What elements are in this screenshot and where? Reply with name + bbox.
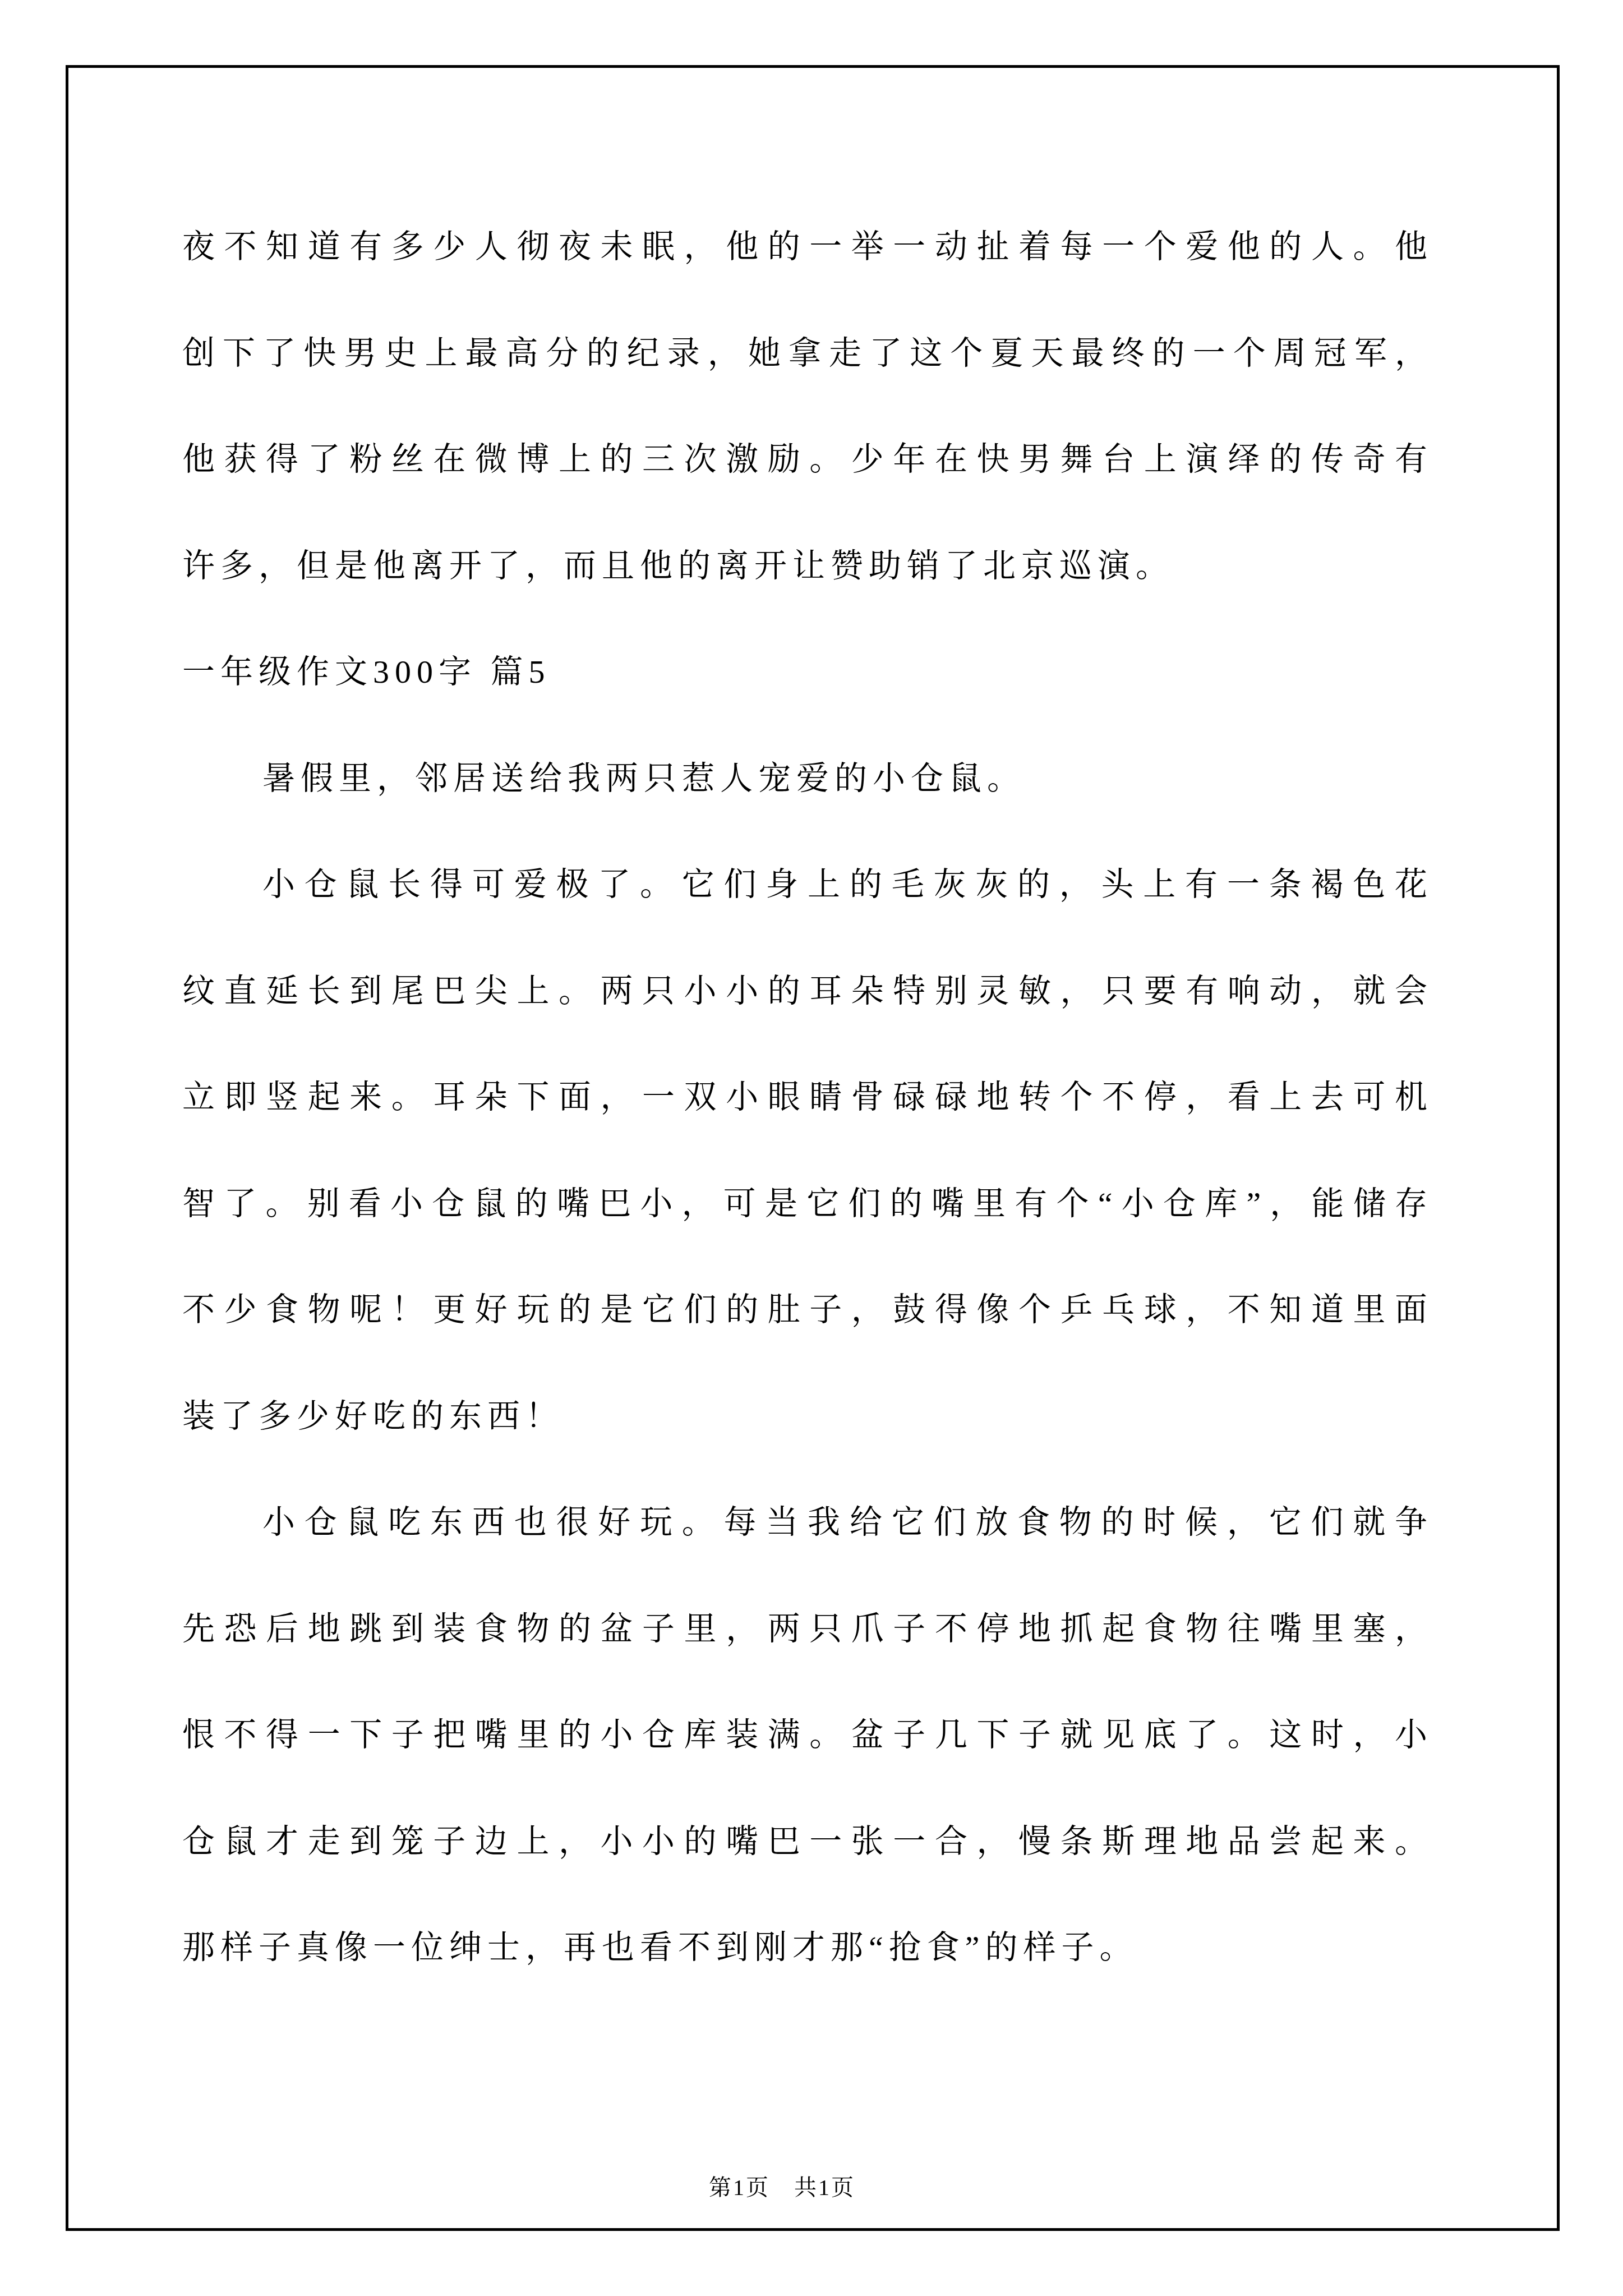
text-line: 小仓鼠吃东西也很好玩。每当我给它们放食物的时候，它们就争 bbox=[182, 1469, 1433, 1576]
text-line: 智了。别看小仓鼠的嘴巴小，可是它们的嘴里有个“小仓库”，能储存 bbox=[182, 1151, 1433, 1257]
text-line: 纹直延长到尾巴尖上。两只小小的耳朵特别灵敏，只要有响动，就会 bbox=[182, 938, 1433, 1045]
text-line: 先恐后地跳到装食物的盆子里，两只爪子不停地抓起食物往嘴里塞， bbox=[182, 1576, 1433, 1682]
text-line: 恨不得一下子把嘴里的小仓库装满。盆子几下子就见底了。这时，小 bbox=[182, 1682, 1433, 1788]
text-line: 夜不知道有多少人彻夜未眠，他的一举一动扯着每一个爱他的人。他 bbox=[182, 194, 1433, 300]
text-line: 暑假里，邻居送给我两只惹人宠爱的小仓鼠。 bbox=[182, 725, 1433, 832]
text-line: 创下了快男史上最高分的纪录，她拿走了这个夏天最终的一个周冠军， bbox=[182, 300, 1433, 407]
text-line: 许多，但是他离开了，而且他的离开让赞助销了北京巡演。 bbox=[182, 513, 1433, 619]
text-line: 那样子真像一位绅士，再也看不到刚才那“抢食”的样子。 bbox=[182, 1894, 1433, 2001]
text-line: 立即竖起来。耳朵下面，一双小眼睛骨碌碌地转个不停，看上去可机 bbox=[182, 1044, 1433, 1151]
text-line: 不少食物呢！更好玩的是它们的肚子，鼓得像个乒乓球，不知道里面 bbox=[182, 1257, 1433, 1363]
text-line: 装了多少好吃的东西！ bbox=[182, 1363, 1433, 1470]
text-line: 他获得了粉丝在微博上的三次激励。少年在快男舞台上演绎的传奇有 bbox=[182, 406, 1433, 513]
section-heading: 一年级作文300字 篇5 bbox=[182, 619, 1433, 725]
document-body: 夜不知道有多少人彻夜未眠，他的一举一动扯着每一个爱他的人。他创下了快男史上最高分… bbox=[182, 194, 1433, 2001]
text-line: 小仓鼠长得可爱极了。它们身上的毛灰灰的，头上有一条褐色花 bbox=[182, 831, 1433, 938]
page-number-label: 第1页 共1页 bbox=[709, 2175, 855, 2200]
text-line: 仓鼠才走到笼子边上，小小的嘴巴一张一合，慢条斯理地品尝起来。 bbox=[182, 1788, 1433, 1895]
page-footer: 第1页 共1页 bbox=[694, 2120, 855, 2165]
